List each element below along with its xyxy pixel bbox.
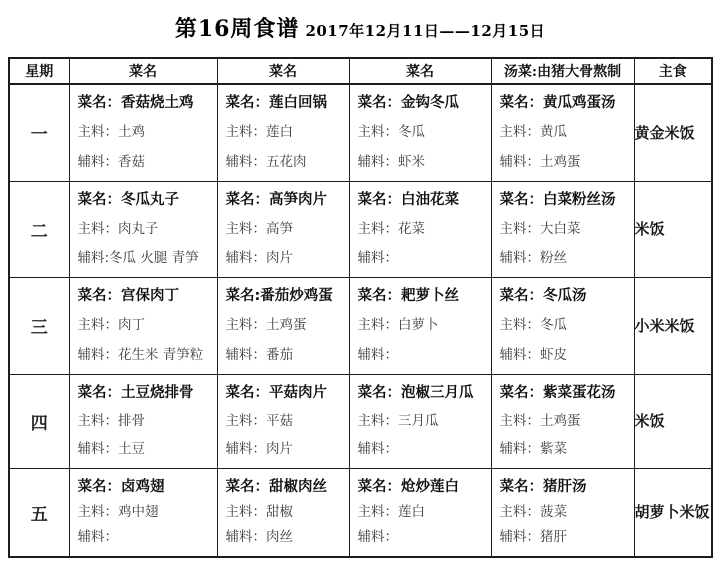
dish-cell-2: 菜名:番茄炒鸡蛋 主料：土鸡蛋 辅料：番茄 [217, 277, 349, 374]
menu-table-body: 一 菜名：香菇烧土鸡 主料：土鸡 辅料：香菇 菜名：莲白回锅 主料：莲白 辅料：… [9, 84, 712, 557]
dish-cell-3: 菜名：炝炒莲白 主料：莲白 辅料： [349, 468, 491, 557]
soup-name: 菜名：冬瓜汤 [500, 287, 630, 306]
dish-name: 菜名：卤鸡翅 [78, 478, 213, 497]
dish-cell-2: 菜名：莲白回锅 主料：莲白 辅料：五花肉 [217, 84, 349, 181]
dish-main-ingredient: 主料：三月瓜 [358, 412, 487, 431]
dish-main-ingredient: 主料：白萝卜 [358, 316, 487, 335]
day-label: 五 [9, 468, 69, 557]
dish-aux-ingredient: 辅料：肉丝 [226, 528, 345, 547]
dish-aux-ingredient: 辅料：肉片 [226, 249, 345, 268]
soup-main-ingredient: 主料：冬瓜 [500, 316, 630, 335]
soup-aux-ingredient: 辅料：土鸡蛋 [500, 153, 630, 172]
table-row: 五 菜名：卤鸡翅 主料：鸡中翅 辅料： 菜名：甜椒肉丝 主料：甜椒 辅料：肉丝 … [9, 468, 712, 557]
dish-aux-ingredient: 辅料： [78, 528, 213, 547]
dish-name: 菜名：香菇烧土鸡 [78, 94, 213, 113]
soup-name: 菜名：白菜粉丝汤 [500, 191, 630, 210]
dish-aux-ingredient: 辅料：肉片 [226, 440, 345, 459]
dish-name: 菜名：甜椒肉丝 [226, 478, 345, 497]
dish-aux-ingredient: 辅料：花生米 青笋粒 [78, 346, 213, 365]
dish-main-ingredient: 主料：甜椒 [226, 503, 345, 522]
table-row: 四 菜名：土豆烧排骨 主料：排骨 辅料：土豆 菜名：平菇肉片 主料：平菇 辅料：… [9, 374, 712, 468]
dish-cell-3: 菜名：耙萝卜丝 主料：白萝卜 辅料： [349, 277, 491, 374]
dish-main-ingredient: 主料：高笋 [226, 220, 345, 239]
day-label: 一 [9, 84, 69, 181]
dish-name: 菜名：白油花菜 [358, 191, 487, 210]
soup-cell: 菜名：紫菜蛋花汤 主料：土鸡蛋 辅料：紫菜 [491, 374, 634, 468]
staple-cell: 胡萝卜米饭 [634, 468, 712, 557]
dish-cell-2: 菜名：高笋肉片 主料：高笋 辅料：肉片 [217, 181, 349, 277]
dish-name: 菜名：冬瓜丸子 [78, 191, 213, 210]
table-row: 一 菜名：香菇烧土鸡 主料：土鸡 辅料：香菇 菜名：莲白回锅 主料：莲白 辅料：… [9, 84, 712, 181]
dish-aux-ingredient: 辅料：虾米 [358, 153, 487, 172]
soup-aux-ingredient: 辅料：虾皮 [500, 346, 630, 365]
soup-aux-ingredient: 辅料：粉丝 [500, 249, 630, 268]
menu-document: 第16周食谱2017年12月11日——12月15日 星期 菜名 菜名 菜名 汤菜… [0, 0, 718, 558]
dish-aux-ingredient: 辅料：五花肉 [226, 153, 345, 172]
soup-aux-ingredient: 辅料：猪肝 [500, 528, 630, 547]
dish-aux-ingredient: 辅料： [358, 249, 487, 268]
header-day: 星期 [9, 58, 69, 84]
staple-cell: 小米米饭 [634, 277, 712, 374]
header-dish-1: 菜名 [69, 58, 217, 84]
header-dish-3: 菜名 [349, 58, 491, 84]
dish-cell-3: 菜名：白油花菜 主料：花菜 辅料： [349, 181, 491, 277]
dish-cell-1: 菜名：土豆烧排骨 主料：排骨 辅料：土豆 [69, 374, 217, 468]
dish-aux-ingredient: 辅料： [358, 528, 487, 547]
staple-cell: 米饭 [634, 374, 712, 468]
soup-cell: 菜名：黄瓜鸡蛋汤 主料：黄瓜 辅料：土鸡蛋 [491, 84, 634, 181]
dish-cell-3: 菜名：金钩冬瓜 主料：冬瓜 辅料：虾米 [349, 84, 491, 181]
dish-name: 菜名：耙萝卜丝 [358, 287, 487, 306]
dish-aux-ingredient: 辅料:冬瓜 火腿 青笋 [78, 249, 213, 268]
dish-name: 菜名：炝炒莲白 [358, 478, 487, 497]
dish-name: 菜名：平菇肉片 [226, 384, 345, 403]
header-row: 星期 菜名 菜名 菜名 汤菜:由猪大骨熬制 主食 [9, 58, 712, 84]
dish-main-ingredient: 主料：莲白 [226, 123, 345, 142]
dish-main-ingredient: 主料：鸡中翅 [78, 503, 213, 522]
dish-aux-ingredient: 辅料： [358, 346, 487, 365]
dish-main-ingredient: 主料：冬瓜 [358, 123, 487, 142]
dish-name: 菜名：泡椒三月瓜 [358, 384, 487, 403]
table-row: 二 菜名：冬瓜丸子 主料：肉丸子 辅料:冬瓜 火腿 青笋 菜名：高笋肉片 主料：… [9, 181, 712, 277]
soup-name: 菜名：紫菜蛋花汤 [500, 384, 630, 403]
table-row: 三 菜名：宫保肉丁 主料：肉丁 辅料：花生米 青笋粒 菜名:番茄炒鸡蛋 主料：土… [9, 277, 712, 374]
soup-main-ingredient: 主料：土鸡蛋 [500, 412, 630, 431]
soup-name: 菜名：猪肝汤 [500, 478, 630, 497]
title-date-range: 2017年12月11日——12月15日 [305, 22, 545, 40]
dish-aux-ingredient: 辅料：番茄 [226, 346, 345, 365]
dish-cell-1: 菜名：宫保肉丁 主料：肉丁 辅料：花生米 青笋粒 [69, 277, 217, 374]
day-label: 二 [9, 181, 69, 277]
dish-main-ingredient: 主料：肉丸子 [78, 220, 213, 239]
staple-cell: 米饭 [634, 181, 712, 277]
dish-name: 菜名：金钩冬瓜 [358, 94, 487, 113]
soup-cell: 菜名：猪肝汤 主料：菠菜 辅料：猪肝 [491, 468, 634, 557]
dish-cell-1: 菜名：香菇烧土鸡 主料：土鸡 辅料：香菇 [69, 84, 217, 181]
dish-main-ingredient: 主料：排骨 [78, 412, 213, 431]
header-soup: 汤菜:由猪大骨熬制 [491, 58, 634, 84]
dish-cell-2: 菜名：甜椒肉丝 主料：甜椒 辅料：肉丝 [217, 468, 349, 557]
weekly-menu-table: 星期 菜名 菜名 菜名 汤菜:由猪大骨熬制 主食 一 菜名：香菇烧土鸡 主料：土… [8, 57, 713, 558]
dish-name: 菜名:番茄炒鸡蛋 [226, 287, 345, 306]
dish-main-ingredient: 主料：莲白 [358, 503, 487, 522]
dish-main-ingredient: 主料：肉丁 [78, 316, 213, 335]
dish-name: 菜名：高笋肉片 [226, 191, 345, 210]
dish-aux-ingredient: 辅料：土豆 [78, 440, 213, 459]
soup-main-ingredient: 主料：黄瓜 [500, 123, 630, 142]
dish-main-ingredient: 主料：土鸡 [78, 123, 213, 142]
soup-name: 菜名：黄瓜鸡蛋汤 [500, 94, 630, 113]
dish-name: 菜名：宫保肉丁 [78, 287, 213, 306]
soup-main-ingredient: 主料：菠菜 [500, 503, 630, 522]
dish-aux-ingredient: 辅料：香菇 [78, 153, 213, 172]
dish-name: 菜名：土豆烧排骨 [78, 384, 213, 403]
dish-name: 菜名：莲白回锅 [226, 94, 345, 113]
header-dish-2: 菜名 [217, 58, 349, 84]
dish-cell-3: 菜名：泡椒三月瓜 主料：三月瓜 辅料： [349, 374, 491, 468]
staple-cell: 黄金米饭 [634, 84, 712, 181]
dish-main-ingredient: 主料：土鸡蛋 [226, 316, 345, 335]
dish-cell-2: 菜名：平菇肉片 主料：平菇 辅料：肉片 [217, 374, 349, 468]
day-label: 三 [9, 277, 69, 374]
soup-cell: 菜名：冬瓜汤 主料：冬瓜 辅料：虾皮 [491, 277, 634, 374]
document-title: 第16周食谱2017年12月11日——12月15日 [8, 12, 712, 43]
soup-main-ingredient: 主料：大白菜 [500, 220, 630, 239]
soup-cell: 菜名：白菜粉丝汤 主料：大白菜 辅料：粉丝 [491, 181, 634, 277]
dish-cell-1: 菜名：冬瓜丸子 主料：肉丸子 辅料:冬瓜 火腿 青笋 [69, 181, 217, 277]
dish-cell-1: 菜名：卤鸡翅 主料：鸡中翅 辅料： [69, 468, 217, 557]
dish-aux-ingredient: 辅料： [358, 440, 487, 459]
dish-main-ingredient: 主料：花菜 [358, 220, 487, 239]
page-title: 第16周食谱 [175, 16, 300, 42]
dish-main-ingredient: 主料：平菇 [226, 412, 345, 431]
day-label: 四 [9, 374, 69, 468]
soup-aux-ingredient: 辅料：紫菜 [500, 440, 630, 459]
header-staple: 主食 [634, 58, 712, 84]
